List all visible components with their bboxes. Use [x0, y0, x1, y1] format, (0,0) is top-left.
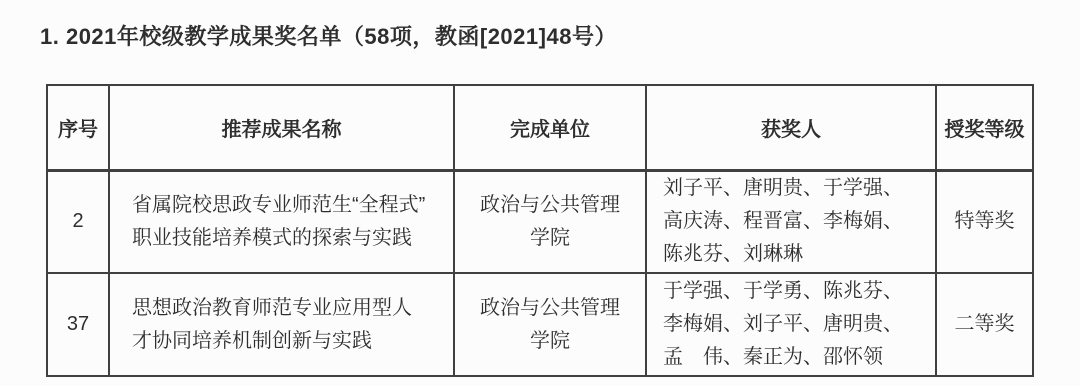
table-header-row: 序号 推荐成果名称 完成单位 获奖人 授奖等级 — [47, 85, 1033, 170]
col-header-completing-unit: 完成单位 — [454, 85, 646, 170]
cell-award-winners: 于学强、于学勇、陈兆芬、李梅娟、刘子平、唐明贵、孟 伟、秦正为、邵怀领 — [646, 273, 936, 376]
col-header-index: 序号 — [47, 85, 109, 170]
table-row: 2 省属院校思政专业师范生“全程式”职业技能培养模式的探索与实践 政治与公共管理… — [47, 170, 1033, 273]
col-header-award-winners: 获奖人 — [646, 85, 936, 170]
cell-completing-unit: 政治与公共管理学院 — [454, 170, 646, 273]
table-row: 37 思想政治教育师范专业应用型人才协同培养机制创新与实践 政治与公共管理学院 … — [47, 273, 1033, 376]
cell-index: 37 — [47, 273, 109, 376]
cell-award-winners: 刘子平、唐明贵、于学强、高庆涛、程晋富、李梅娟、陈兆芬、刘琳琳 — [646, 170, 936, 273]
page-title: 1. 2021年校级教学成果奖名单（58项，教函[2021]48号） — [40, 20, 617, 51]
cell-achievement-name: 思想政治教育师范专业应用型人才协同培养机制创新与实践 — [109, 273, 454, 376]
col-header-award-level: 授奖等级 — [936, 85, 1033, 170]
awards-table: 序号 推荐成果名称 完成单位 获奖人 授奖等级 2 省属院校思政专业师范生“全程… — [46, 84, 1034, 377]
cell-index: 2 — [47, 170, 109, 273]
cell-award-level: 二等奖 — [936, 273, 1033, 376]
col-header-achievement-name: 推荐成果名称 — [109, 85, 454, 170]
cell-completing-unit: 政治与公共管理学院 — [454, 273, 646, 376]
cell-award-level: 特等奖 — [936, 170, 1033, 273]
cell-achievement-name: 省属院校思政专业师范生“全程式”职业技能培养模式的探索与实践 — [109, 170, 454, 273]
